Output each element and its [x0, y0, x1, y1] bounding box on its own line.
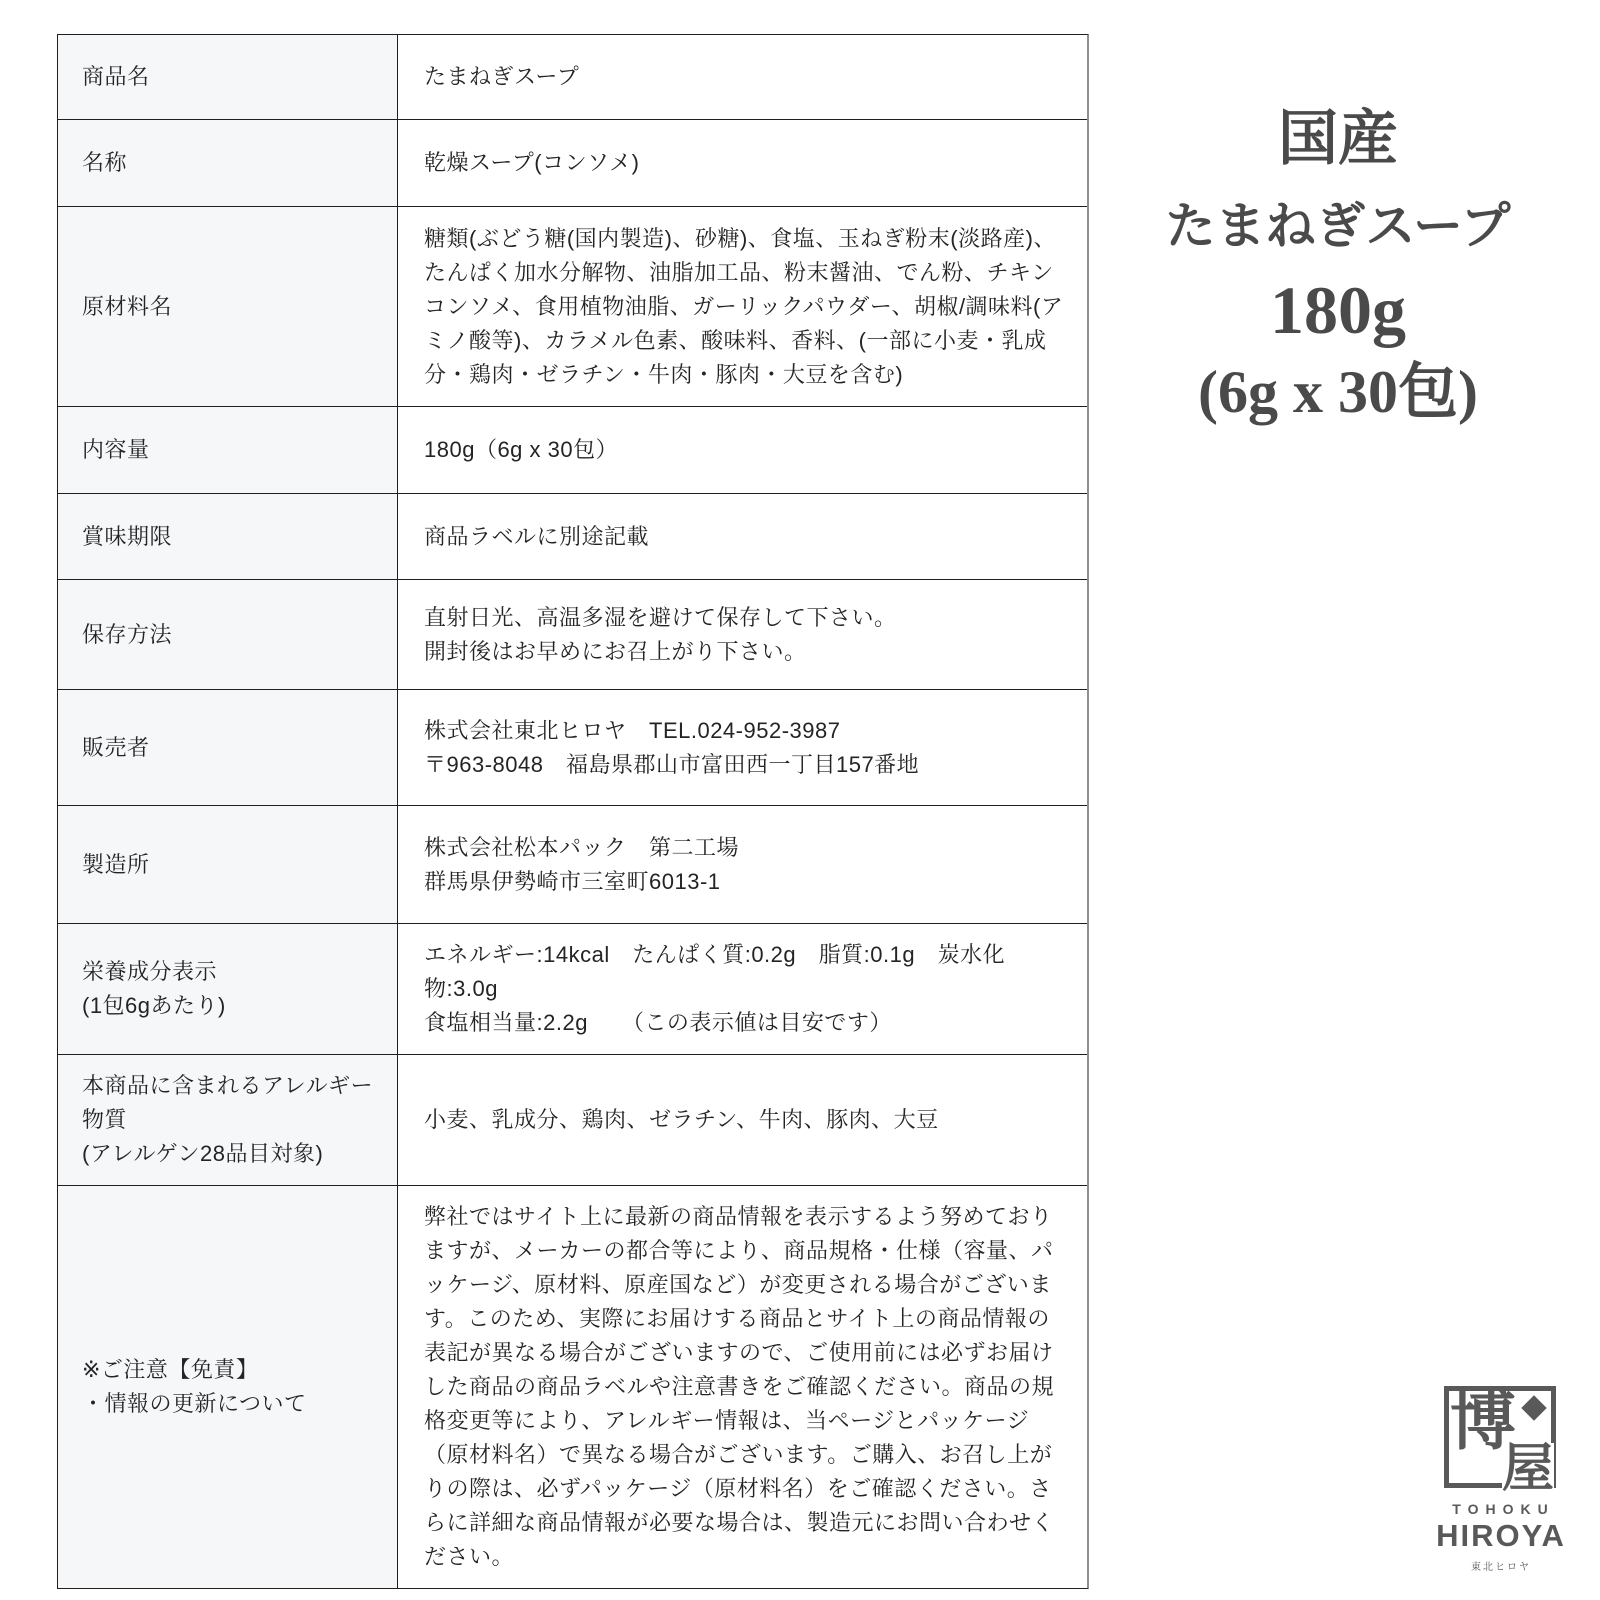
row-value-cell: 弊社ではサイト上に最新の商品情報を表示するよう努めておりますが、メーカーの都合等…: [398, 1186, 1087, 1588]
row-label-sub: (1包6gあたり): [82, 989, 383, 1023]
table-row-nutrition: 栄養成分表示 (1包6gあたり) エネルギー:14kcal たんぱく質:0.2g…: [58, 923, 1087, 1054]
table-row-best-before: 賞味期限 商品ラベルに別途記載: [58, 493, 1087, 579]
seal-diamond-icon: [1521, 1395, 1546, 1420]
brand-name-sub: 東北ヒロヤ: [1418, 1558, 1582, 1573]
table-row-storage: 保存方法 直射日光、高温多湿を避けて保存して下さい。 開封後はお早めにお召上がり…: [58, 579, 1087, 689]
table-row-net-content: 内容量 180g（6g x 30包）: [58, 406, 1087, 493]
table-row-allergens: 本商品に含まれるアレルギー物質 (アレルゲン28品目対象) 小麦、乳成分、鶏肉、…: [58, 1054, 1087, 1185]
row-label-cell: 栄養成分表示 (1包6gあたり): [58, 924, 398, 1054]
brand-logo: 博 屋 TOHOKU HIROYA 東北ヒロヤ: [1418, 1386, 1582, 1573]
row-label-sub: ・情報の更新について: [82, 1387, 383, 1421]
row-label: 栄養成分表示: [82, 955, 383, 989]
row-value-line: 食塩相当量:2.2g （この表示値は目安です）: [424, 1006, 1065, 1040]
row-label-sub: (アレルゲン28品目対象): [82, 1137, 383, 1171]
row-label-cell: 製造所: [58, 806, 398, 923]
row-value-line: 株式会社東北ヒロヤ TEL.024-952-3987: [424, 714, 1065, 748]
row-label-cell: ※ご注意【免責】 ・情報の更新について: [58, 1186, 398, 1588]
row-value-cell: 株式会社松本パック 第二工場 群馬県伊勢崎市三室町6013-1: [398, 806, 1087, 923]
row-value: 商品ラベルに別途記載: [424, 520, 1065, 554]
row-value: 糖類(ぶどう糖(国内製造)、砂糖)、食塩、玉ねぎ粉末(淡路産)、たんぱく加水分解…: [424, 222, 1065, 392]
product-title-weight: 180g: [1092, 268, 1584, 352]
row-value: 小麦、乳成分、鶏肉、ゼラチン、牛肉、豚肉、大豆: [424, 1103, 1065, 1137]
row-label: 原材料名: [82, 290, 383, 324]
row-value-cell: 株式会社東北ヒロヤ TEL.024-952-3987 〒963-8048 福島県…: [398, 690, 1087, 805]
table-row-seller: 販売者 株式会社東北ヒロヤ TEL.024-952-3987 〒963-8048…: [58, 689, 1087, 805]
row-value-line: 直射日光、高温多湿を避けて保存して下さい。: [424, 601, 1065, 635]
row-label-cell: 本商品に含まれるアレルギー物質 (アレルゲン28品目対象): [58, 1055, 398, 1185]
row-label-cell: 販売者: [58, 690, 398, 805]
product-title-name: たまねぎスープ: [1092, 184, 1584, 268]
row-value-cell: エネルギー:14kcal たんぱく質:0.2g 脂質:0.1g 炭水化物:3.0…: [398, 924, 1087, 1054]
product-spec-page: 商品名 たまねぎスープ 名称 乾燥スープ(コンソメ) 原材料名 糖類(ぶどう糖(…: [0, 0, 1600, 1600]
brand-name-top: TOHOKU: [1418, 1501, 1582, 1517]
row-value: 乾燥スープ(コンソメ): [424, 146, 1065, 180]
row-value-cell: 180g（6g x 30包）: [398, 407, 1087, 493]
row-value: 180g（6g x 30包）: [424, 433, 1065, 467]
row-label-cell: 保存方法: [58, 580, 398, 689]
row-label-cell: 名称: [58, 120, 398, 206]
row-value-line: 群馬県伊勢崎市三室町6013-1: [424, 865, 1065, 899]
row-label: 販売者: [82, 731, 383, 765]
hiroya-seal-mark: 博 屋: [1444, 1386, 1556, 1488]
row-value-cell: 小麦、乳成分、鶏肉、ゼラチン、牛肉、豚肉、大豆: [398, 1055, 1087, 1185]
row-value-cell: たまねぎスープ: [398, 35, 1087, 119]
row-value-cell: 直射日光、高温多湿を避けて保存して下さい。 開封後はお早めにお召上がり下さい。: [398, 580, 1087, 689]
table-row-ingredients: 原材料名 糖類(ぶどう糖(国内製造)、砂糖)、食塩、玉ねぎ粉末(淡路産)、たんぱ…: [58, 206, 1087, 406]
row-value-cell: 乾燥スープ(コンソメ): [398, 120, 1087, 206]
row-value-cell: 商品ラベルに別途記載: [398, 494, 1087, 579]
row-value: たまねぎスープ: [424, 60, 1065, 94]
row-label: 保存方法: [82, 618, 383, 652]
row-value: 弊社ではサイト上に最新の商品情報を表示するよう努めておりますが、メーカーの都合等…: [424, 1200, 1065, 1574]
row-value-line: 〒963-8048 福島県郡山市富田西一丁目157番地: [424, 748, 1065, 782]
row-label: 商品名: [82, 60, 383, 94]
row-label: 製造所: [82, 848, 383, 882]
row-label-cell: 内容量: [58, 407, 398, 493]
row-label: 本商品に含まれるアレルギー物質: [82, 1069, 383, 1137]
row-value-line: 株式会社松本パック 第二工場: [424, 831, 1065, 865]
row-label-cell: 商品名: [58, 35, 398, 119]
table-row-factory: 製造所 株式会社松本パック 第二工場 群馬県伊勢崎市三室町6013-1: [58, 805, 1087, 923]
row-label: 名称: [82, 146, 383, 180]
table-row-product-name: 商品名 たまねぎスープ: [58, 35, 1087, 119]
table-row-name: 名称 乾燥スープ(コンソメ): [58, 119, 1087, 206]
row-label: 内容量: [82, 433, 383, 467]
seal-kanji-ya: 屋: [1502, 1443, 1554, 1495]
product-title: 国産 たまねぎスープ 180g (6g x 30包): [1092, 94, 1584, 432]
row-label: 賞味期限: [82, 520, 383, 554]
row-value-line: エネルギー:14kcal たんぱく質:0.2g 脂質:0.1g 炭水化物:3.0…: [424, 938, 1065, 1006]
brand-name-main: HIROYA: [1418, 1518, 1582, 1554]
product-title-origin: 国産: [1092, 94, 1584, 184]
row-value-cell: 糖類(ぶどう糖(国内製造)、砂糖)、食塩、玉ねぎ粉末(淡路産)、たんぱく加水分解…: [398, 207, 1087, 406]
row-label-cell: 原材料名: [58, 207, 398, 406]
table-row-disclaimer: ※ご注意【免責】 ・情報の更新について 弊社ではサイト上に最新の商品情報を表示す…: [58, 1185, 1087, 1588]
product-title-packs: (6g x 30包): [1092, 352, 1584, 432]
row-label-cell: 賞味期限: [58, 494, 398, 579]
spec-table: 商品名 たまねぎスープ 名称 乾燥スープ(コンソメ) 原材料名 糖類(ぶどう糖(…: [57, 34, 1089, 1589]
row-value-line: 開封後はお早めにお召上がり下さい。: [424, 635, 1065, 669]
row-label: ※ご注意【免責】: [82, 1353, 383, 1387]
